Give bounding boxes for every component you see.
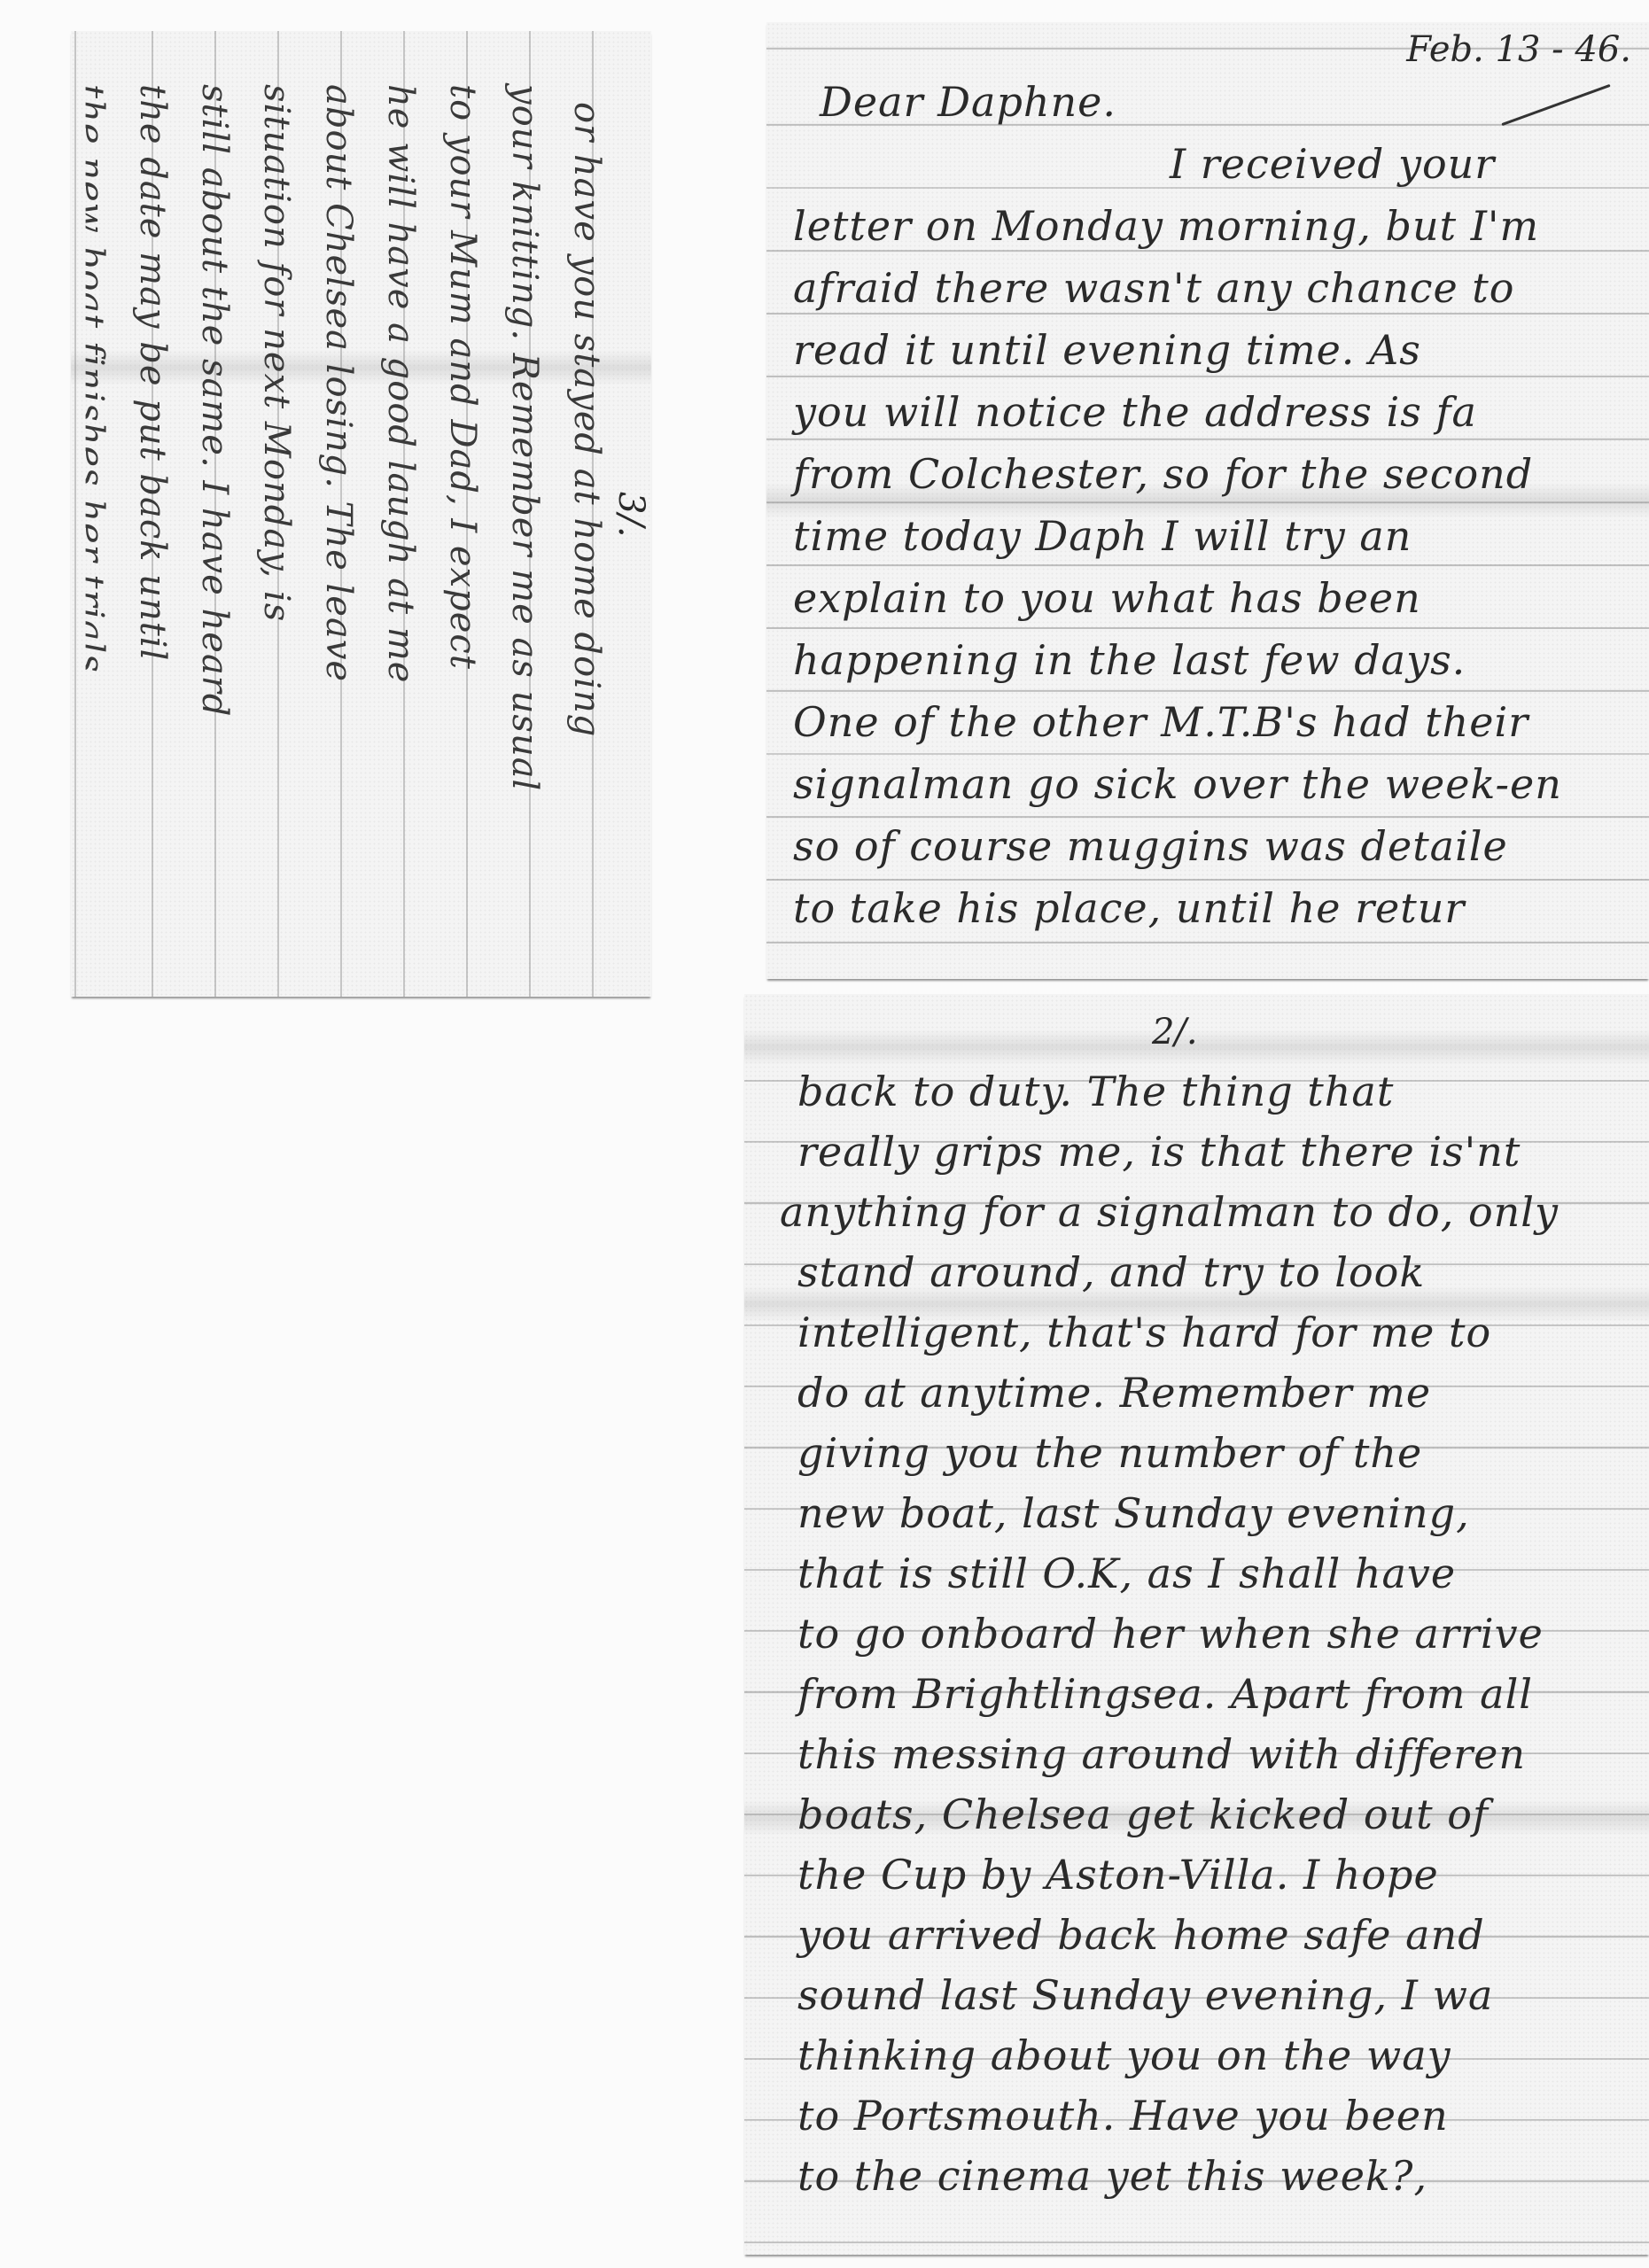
letter-line: do at anytime. Remember me [797, 1366, 1431, 1419]
letter-line: from Colchester, so for the second [793, 447, 1533, 501]
letter-line: you will notice the address is fa [793, 385, 1477, 439]
letter-line: giving you the number of the [797, 1426, 1422, 1480]
letter-line: the new boat finishes her trials. [66, 84, 114, 685]
letter-line: from Brightlingsea. Apart from all [797, 1667, 1533, 1720]
letter-line: time today Daph I will try an [793, 509, 1412, 563]
letter-line: sound last Sunday evening, I wa [797, 1969, 1493, 2022]
letter-line: new boat, last Sunday evening, [797, 1487, 1470, 1540]
letter-line: really grips me, is that there is'nt [797, 1125, 1521, 1178]
page-number: 2/. [1152, 1012, 1198, 1052]
letter-line: boats, Chelsea get kicked out of [797, 1788, 1489, 1841]
letter-line: to take his place, until he retur [793, 882, 1465, 935]
page-number: 3/. [611, 492, 651, 538]
letter-line: or have you stayed at home doing [563, 102, 611, 737]
letter-line: you arrived back home safe and [797, 1908, 1485, 1961]
letter-line: your knitting. Remember me as usual [501, 84, 548, 791]
letter-line: to go onboard her when she arrive [797, 1607, 1544, 1660]
letter-line: the Cup by Aston-Villa. I hope [797, 1848, 1439, 1901]
letter-page-3: 3/. or have you stayed at home doing you… [71, 31, 651, 997]
rotated-text-block: 3/. or have you stayed at home doing you… [71, 31, 651, 997]
letter-line: One of the other M.T.B's had their [793, 695, 1528, 749]
letter-line: letter on Monday morning, but I'm [793, 199, 1539, 252]
letter-page-1: Feb. 13 - 46. Dear Daphne. I received yo… [766, 22, 1649, 979]
letter-page-2: 2/. back to duty. The thing that really … [744, 994, 1649, 2255]
letter-line: I received your [1170, 137, 1495, 190]
letter-line: still about the same. I have heard [191, 84, 238, 718]
letter-line: read it until evening time. As [793, 323, 1421, 377]
letter-line: so of course muggins was detaile [793, 819, 1508, 873]
letter-line: about Chelsea losing. The leave [315, 84, 362, 682]
letter-line: to Portsmouth. Have you been [797, 2089, 1449, 2142]
letter-line: back to duty. The thing that [797, 1065, 1394, 1118]
letter-line: signalman go sick over the week-en [793, 757, 1562, 811]
salutation: Dear Daphne. [820, 75, 1116, 128]
letter-date: Feb. 13 - 46. [1406, 29, 1631, 70]
letter-line: to your Mum and Dad, I expect [439, 84, 486, 670]
letter-line: situation for next Monday, is [253, 84, 300, 622]
letter-line: stand around, and try to look [797, 1246, 1425, 1299]
letter-line: he will have a good laugh at me [377, 84, 424, 683]
letter-line: afraid there wasn't any chance to [793, 261, 1514, 315]
letter-line: thinking about you on the way [797, 2029, 1451, 2082]
letter-line: to the cinema yet this week?, [797, 2149, 1427, 2202]
letter-line: happening in the last few days. [793, 633, 1466, 687]
letter-line: intelligent, that's hard for me to [797, 1306, 1491, 1359]
letter-line: explain to you what has been [793, 571, 1421, 625]
letter-line: this messing around with differen [797, 1728, 1526, 1781]
letter-line: the date may be put back until [128, 84, 176, 661]
letter-line: anything for a signalman to do, only [780, 1185, 1559, 1239]
letter-line: that is still O.K, as I shall have [797, 1547, 1456, 1600]
